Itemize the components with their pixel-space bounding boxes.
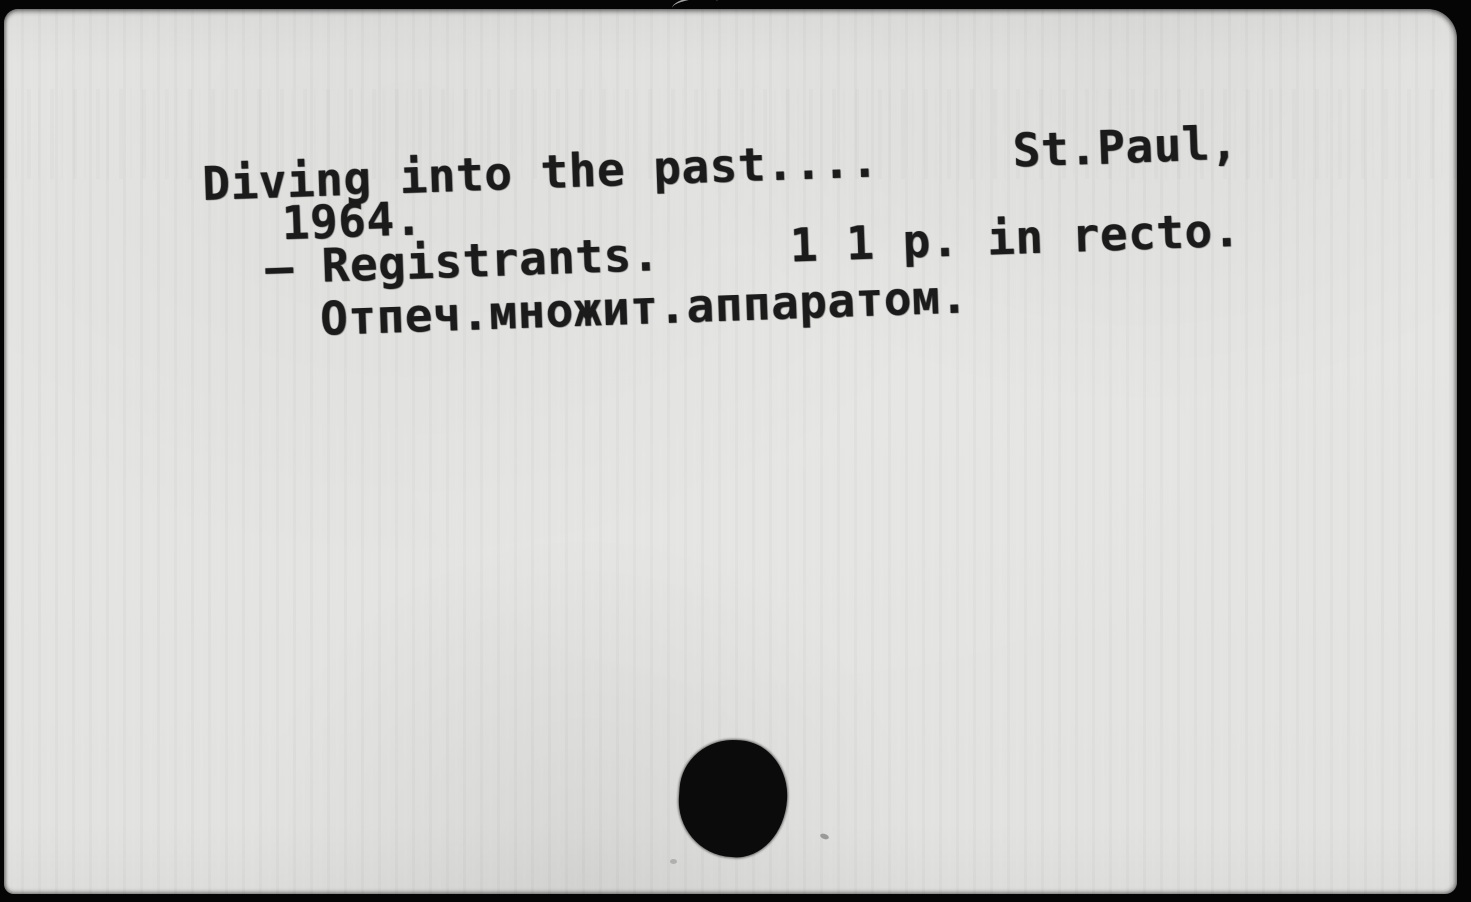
scan-backdrop: Diving into the past.... St.Paul, 1964. …: [0, 0, 1471, 902]
paper-speck: [670, 859, 677, 864]
catalog-card: Diving into the past.... St.Paul, 1964. …: [4, 9, 1457, 894]
publication-place-text: St.Paul,: [1012, 120, 1239, 174]
pagination-text: 1 1 p. in recto.: [789, 207, 1241, 269]
